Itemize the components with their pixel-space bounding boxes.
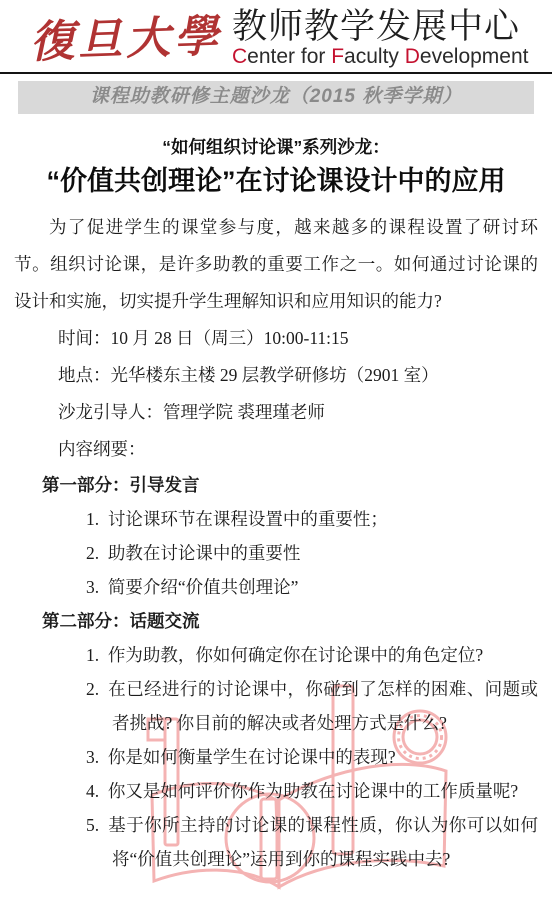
page-title: “价值共创理论”在讨论课设计中的应用 [14,163,538,199]
list-item: 你是如何衡量学生在讨论课中的表现? [112,740,538,774]
document-page: 復旦大學 教师教学发展中心 Center for Faculty Develop… [0,0,552,900]
fudan-logo-calligraphy: 復旦大學 [29,8,223,73]
org-en-text: evelopment [420,45,529,68]
list-item: 在已经进行的讨论课中，你碰到了怎样的困难、问题或者挑战? 你目前的解决或者处理方… [112,672,538,740]
series-banner-text: 课程助教研修主题沙龙（2015 秋季学期） [90,86,463,107]
org-en-initial-f: F [331,45,344,68]
org-en-initial-c: C [232,45,247,68]
org-name-block: 教师教学发展中心 Center for Faculty Development [232,8,544,69]
list-item: 讨论课环节在课程设置中的重要性； [112,502,538,536]
series-subtitle: “如何组织讨论课”系列沙龙： [14,136,538,158]
detail-facilitator: 沙龙引导人：管理学院 裘理瑾老师 [14,394,538,431]
logo-row: 復旦大學 教师教学发展中心 Center for Faculty Develop… [0,5,552,69]
series-banner: 课程助教研修主题沙龙（2015 秋季学期） [18,81,534,114]
list-item: 简要介绍“价值共创理论” [112,570,538,604]
org-en-initial-d: D [405,45,420,68]
org-en-text: aculty [344,45,405,68]
header-divider [0,72,552,74]
part2-list: 作为助教，你如何确定你在讨论课中的角色定位? 在已经进行的讨论课中，你碰到了怎样… [14,638,538,876]
header: 復旦大學 教师教学发展中心 Center for Faculty Develop… [0,0,552,74]
org-name-en: Center for Faculty Development [232,45,544,69]
detail-location: 地点：光华楼东主楼 29 层教学研修坊（2901 室） [14,357,538,394]
detail-outline-label: 内容纲要： [14,431,538,468]
part2-header: 第二部分：话题交流 [14,604,538,638]
org-en-text: enter for [247,45,331,68]
main-content: “如何组织讨论课”系列沙龙： “价值共创理论”在讨论课设计中的应用 为了促进学生… [0,136,552,876]
org-name-cn: 教师教学发展中心 [232,8,544,45]
detail-time: 时间：10 月 28 日（周三）10:00-11:15 [14,320,538,357]
list-item: 基于你所主持的讨论课的课程性质，你认为你可以如何将“价值共创理论”运用到你的课程… [112,808,538,876]
list-item: 作为助教，你如何确定你在讨论课中的角色定位? [112,638,538,672]
list-item: 助教在讨论课中的重要性 [112,536,538,570]
list-item: 你又是如何评价你作为助教在讨论课中的工作质量呢? [112,774,538,808]
intro-paragraph: 为了促进学生的课堂参与度，越来越多的课程设置了研讨环节。组织讨论课，是许多助教的… [14,209,538,320]
part1-list: 讨论课环节在课程设置中的重要性； 助教在讨论课中的重要性 简要介绍“价值共创理论… [14,502,538,604]
part1-header: 第一部分：引导发言 [14,468,538,502]
